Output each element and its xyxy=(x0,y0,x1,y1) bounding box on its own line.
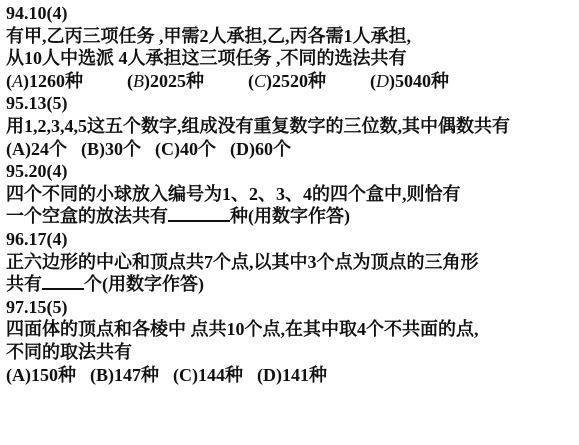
option-a: (A)24个 xyxy=(6,138,67,161)
option-a: (A)1260种 xyxy=(6,70,83,93)
question-text: 从10人中选派 4人承担这三项任务 ,不同的选法共有 xyxy=(6,47,576,70)
document: 94.10(4) 有甲,乙丙三项任务 ,甲需2人承担,乙,丙各需1人承担, 从1… xyxy=(6,2,576,386)
option-c: (C)40个 xyxy=(155,138,216,161)
question-number: 95.20(4) xyxy=(6,160,576,183)
option-b: (B)147种 xyxy=(90,364,159,387)
answer-blank xyxy=(168,206,230,222)
option-a: (A)150种 xyxy=(6,364,76,387)
option-text: 144种 xyxy=(198,365,243,385)
option-letter: (C) xyxy=(173,365,198,385)
question-text: 用1,2,3,4,5这五个数字,组成没有重复数字的三位数,其中偶数共有 xyxy=(6,115,576,138)
option-letter: (B) xyxy=(90,365,114,385)
options-row: (A)150种(B)147种(C)144种(D)141种 xyxy=(6,364,576,387)
option-letter: (D) xyxy=(257,365,282,385)
options-row: (A)24个(B)30个(C)40个(D)60个 xyxy=(6,138,576,161)
option-text: 40个 xyxy=(180,139,216,159)
option-letter: B xyxy=(133,71,144,91)
option-letter: A xyxy=(12,71,23,91)
option-c: (C)2520种 xyxy=(248,70,326,93)
option-d: (D)5040种 xyxy=(370,70,449,93)
question-number: 96.17(4) xyxy=(6,228,576,251)
fill-after: 个(用数字作答) xyxy=(84,274,204,294)
option-letter: (D) xyxy=(230,139,255,159)
option-c: (C)144种 xyxy=(173,364,243,387)
option-text: 147种 xyxy=(114,365,159,385)
option-text: 150种 xyxy=(31,365,76,385)
question-text: 有甲,乙丙三项任务 ,甲需2人承担,乙,丙各需1人承担, xyxy=(6,25,576,48)
option-text: 2025种 xyxy=(150,71,204,91)
option-letter: (A) xyxy=(6,365,31,385)
option-text: 5040种 xyxy=(395,71,449,91)
question-number: 97.15(5) xyxy=(6,296,576,319)
option-text: 1260种 xyxy=(29,71,83,91)
option-text: 2520种 xyxy=(272,71,326,91)
option-text: 141种 xyxy=(282,365,327,385)
question-text: 不同的取法共有 xyxy=(6,341,576,364)
option-letter: C xyxy=(254,71,266,91)
option-letter: (B) xyxy=(81,139,105,159)
option-text: 60个 xyxy=(255,139,291,159)
option-d: (D)141种 xyxy=(257,364,327,387)
fill-before: 一个空盒的放法共有 xyxy=(6,206,168,226)
question-text: 四个不同的小球放入编号为1、2、3、4的四个盒中,则恰有 xyxy=(6,183,576,206)
question-text: 正六边形的中心和顶点共7个点,以其中3个点为顶点的三角形 xyxy=(6,251,576,274)
option-text: 30个 xyxy=(105,139,141,159)
fill-in-line: 共有个(用数字作答) xyxy=(6,273,576,296)
question-number: 95.13(5) xyxy=(6,92,576,115)
option-b: (B)2025种 xyxy=(127,70,204,93)
fill-in-line: 一个空盒的放法共有种(用数字作答) xyxy=(6,205,576,228)
option-letter: (A) xyxy=(6,139,31,159)
options-row: (A)1260种(B)2025种(C)2520种(D)5040种 xyxy=(6,70,576,93)
option-d: (D)60个 xyxy=(230,138,291,161)
option-b: (B)30个 xyxy=(81,138,141,161)
option-letter: D xyxy=(376,71,389,91)
option-letter: (C) xyxy=(155,139,180,159)
answer-blank xyxy=(42,274,84,290)
option-text: 24个 xyxy=(31,139,67,159)
question-text: 四面体的顶点和各棱中 点共10个点,在其中取4个不共面的点, xyxy=(6,318,576,341)
fill-before: 共有 xyxy=(6,274,42,294)
question-number: 94.10(4) xyxy=(6,2,576,25)
fill-after: 种(用数字作答) xyxy=(230,206,350,226)
